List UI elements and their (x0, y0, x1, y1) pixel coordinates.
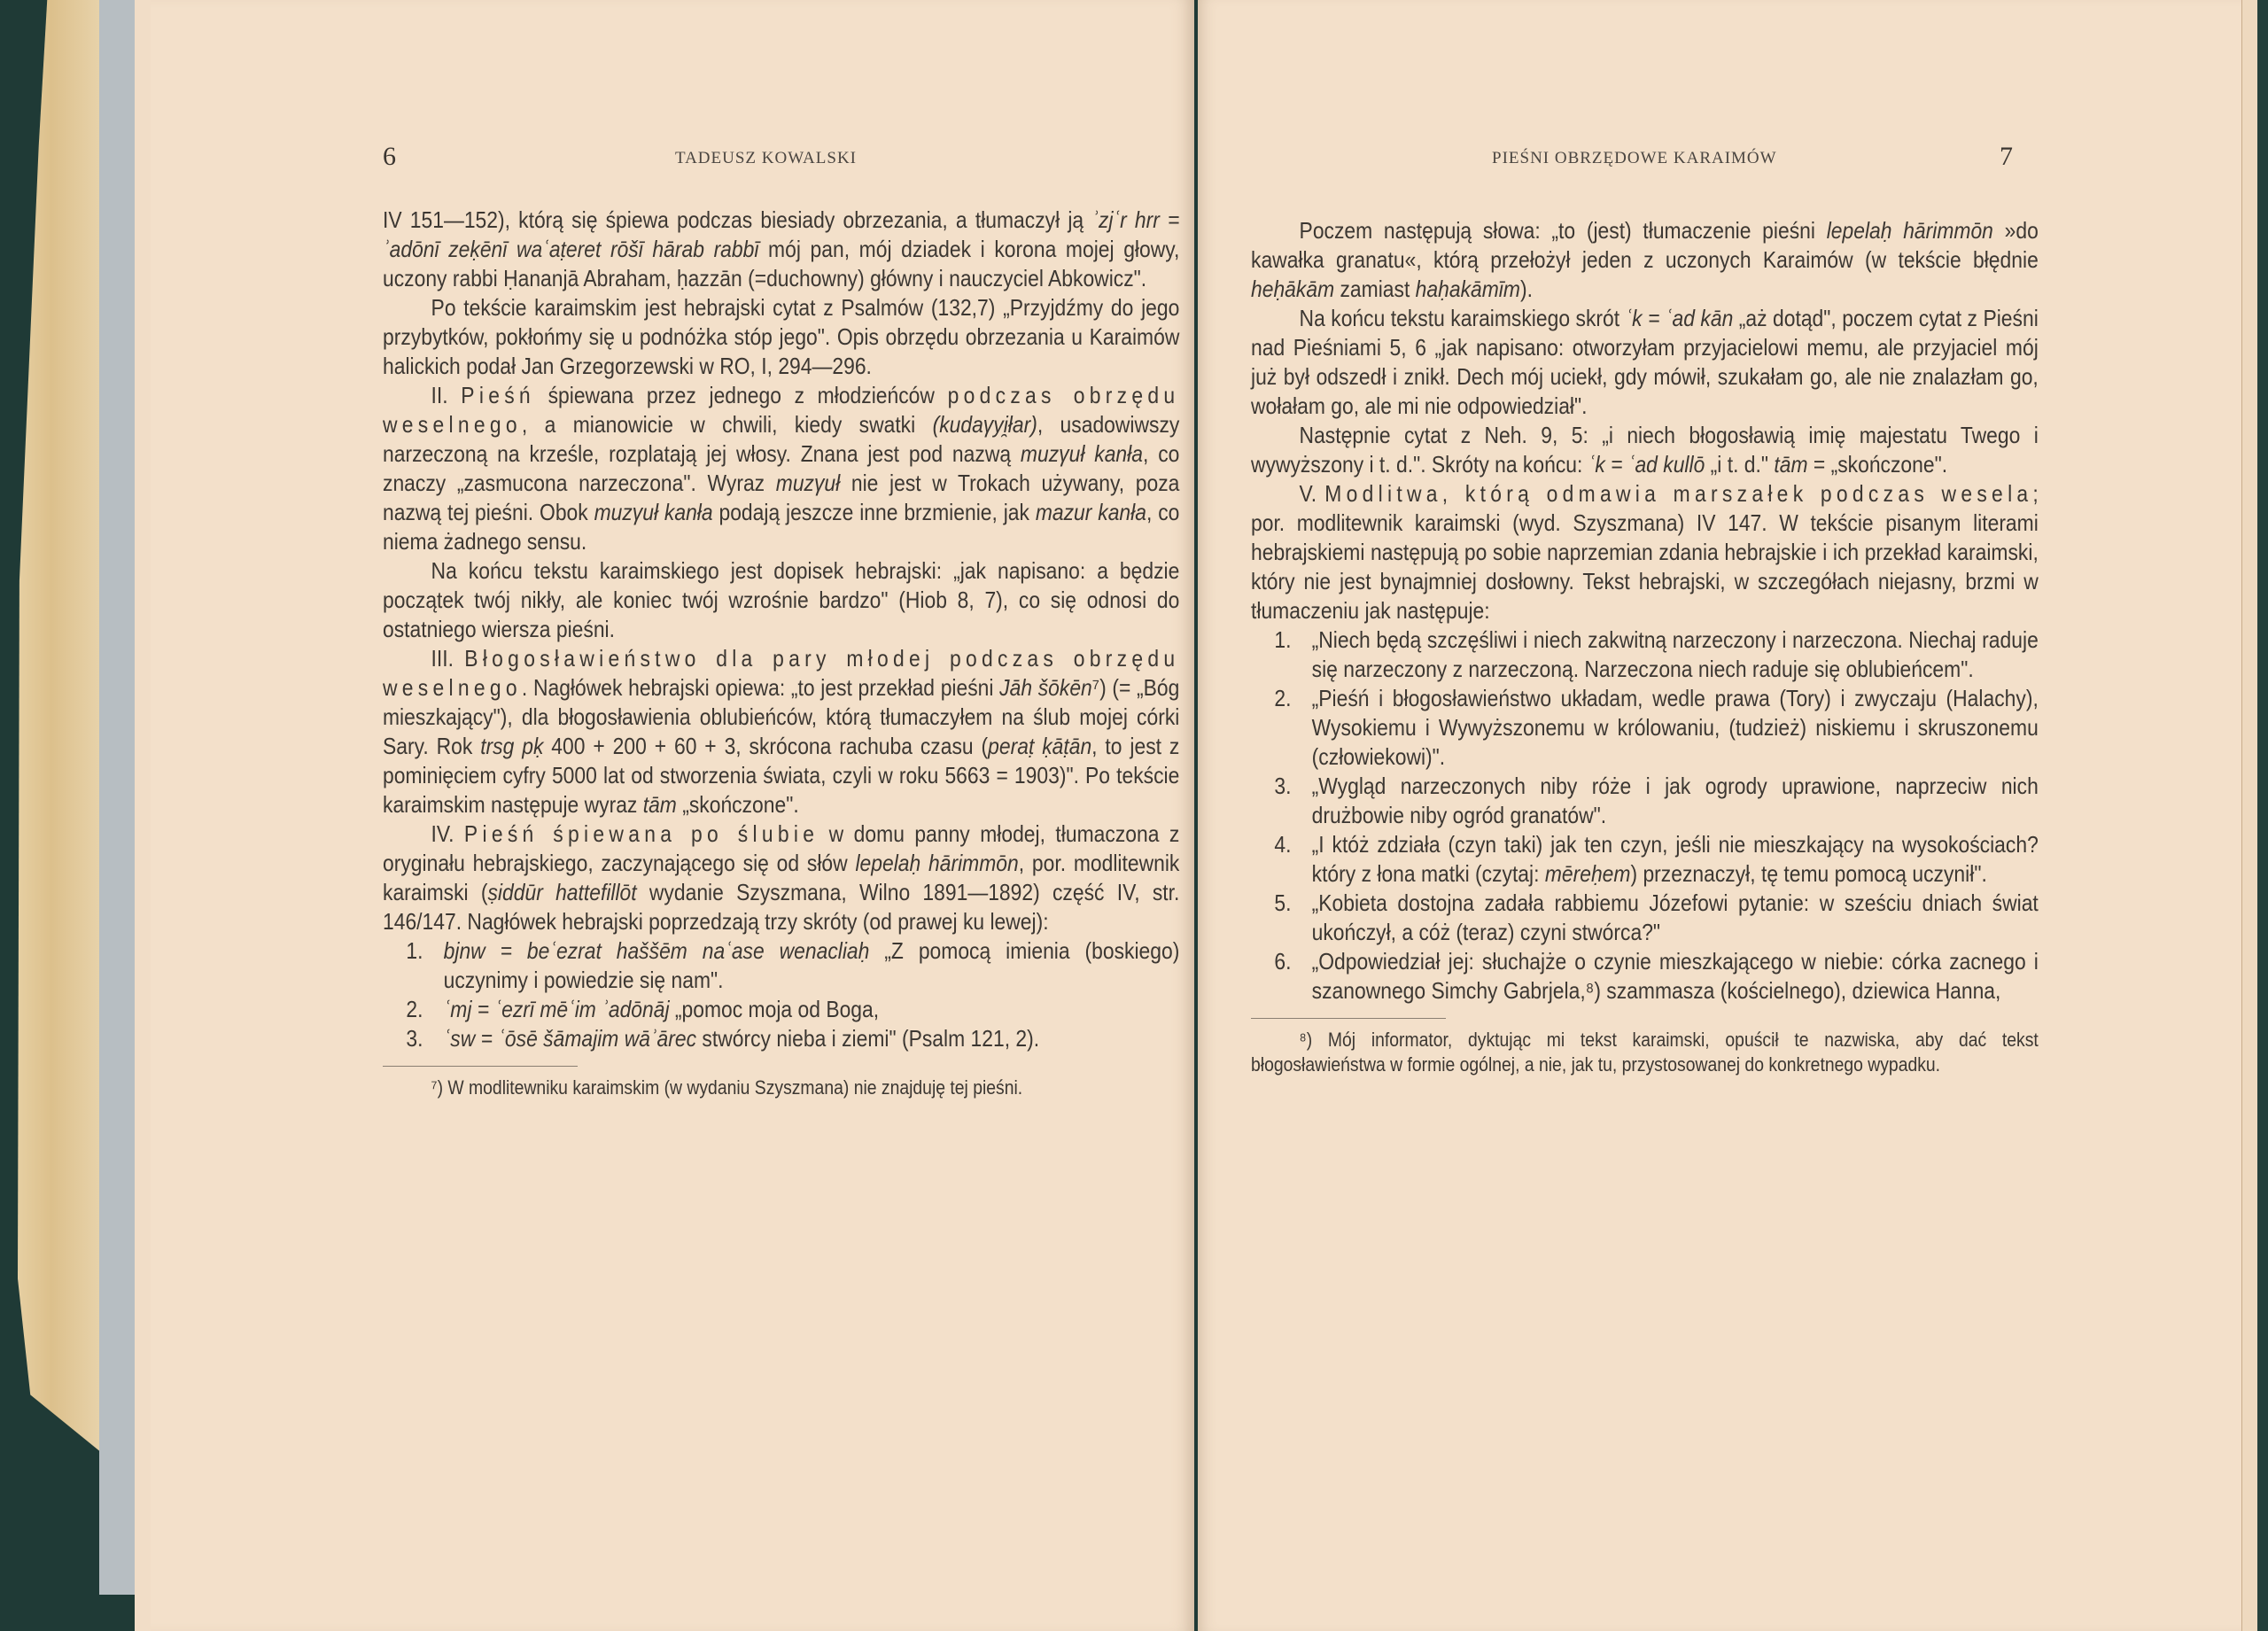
transliteration: bjnw = beʿezrat haššēm naʿase wenacliaḥ (444, 937, 870, 964)
transliteration: muzγuł (776, 470, 840, 496)
list-number: 4. (1274, 830, 1291, 859)
spaced-heading: Pieśń śpiewana po ślubie (464, 820, 819, 847)
cover-edge (2257, 0, 2268, 1631)
list-item: 3.„Wygląd narzeczonych niby róże i jak o… (1251, 772, 2039, 830)
transliteration: ʿmj = ʿezrī mēʿim ʾadōnāj (444, 996, 670, 1022)
list-item: 1.„Niech będą szczęśliwi i niech zakwitn… (1251, 625, 2039, 684)
paragraphs: Poczem następują słowa: „to (jest) tłuma… (1251, 216, 2039, 625)
list-number: 2. (1274, 684, 1291, 713)
page-edge-right (2241, 0, 2258, 1631)
list-number: 1. (406, 936, 423, 966)
paragraph: Po tekście karaimskim jest hebrajski cyt… (383, 293, 1179, 381)
transliteration: ʿk = ʿad kullō (1588, 451, 1705, 478)
text-run: II. (431, 382, 462, 408)
text-run: V. (1300, 480, 1325, 507)
paragraphs: IV 151—152), którą się śpiewa podczas bi… (383, 206, 1179, 936)
text-run: ). (1520, 276, 1533, 302)
list-item: 3.ʿsw = ʿōsē šāmajim wāʾārec stwórcy nie… (383, 1024, 1179, 1053)
prayer-list: 1.„Niech będą szczęśliwi i niech zakwitn… (1251, 625, 2039, 1006)
transliteration: tām (1774, 451, 1807, 478)
list-item: 1.bjnw = beʿezrat haššēm naʿase wenaclia… (383, 936, 1179, 995)
text-run: stwórcy nieba i ziemi" (Psalm 121, 2). (696, 1025, 1039, 1052)
footnote-text: ⁸) Mój informator, dyktując mi tekst kar… (1251, 1028, 2039, 1077)
paragraph: II. Pieśń śpiewana przez jednego z młodz… (383, 381, 1179, 556)
footnote: ⁷) W modlitewniku karaimskim (w wydaniu … (383, 1076, 1179, 1100)
list-item: 2.ʿmj = ʿezrī mēʿim ʾadōnāj „pomoc moja … (383, 995, 1179, 1024)
text-run: „Kobieta dostojna zadała rabbiemu Józefo… (1312, 889, 2039, 945)
transliteration: mēreḥem (1545, 860, 1631, 887)
text-run: „skończone". (677, 791, 799, 818)
transliteration: ʿsw = ʿōsē šāmajim wāʾārec (444, 1025, 696, 1052)
paragraph: V. Modlitwa, którą odmawia marszałek pod… (1251, 479, 2039, 625)
paragraph: Poczem następują słowa: „to (jest) tłuma… (1251, 216, 2039, 304)
text-run: śpiewana przez jednego z młodzieńców (535, 382, 948, 408)
list-item: 6.„Odpowiedział jej: słuchajże o czynie … (1251, 947, 2039, 1006)
body-text: Poczem następują słowa: „to (jest) tłuma… (1251, 216, 2039, 1077)
list-item: 4.„I któż zdziała (czyn taki) jak ten cz… (1251, 830, 2039, 889)
list-number: 3. (406, 1024, 423, 1053)
transliteration: ṣiddūr hattefillōt (487, 879, 636, 905)
list-number: 6. (1274, 947, 1291, 976)
abbreviation-list: 1.bjnw = beʿezrat haššēm naʿase wenaclia… (383, 936, 1179, 1053)
list-number: 1. (1274, 625, 1291, 655)
left-page: 6 TADEUSZ KOWALSKI IV 151—152), którą si… (151, 0, 1194, 1631)
text-run: . Nagłówek hebrajski opiewa: „to jest pr… (522, 674, 999, 701)
text-run: „pomoc moja od Boga, (670, 996, 880, 1022)
text-run: Po tekście karaimskim jest hebrajski cyt… (383, 294, 1179, 379)
footnote-text: ⁷) W modlitewniku karaimskim (w wydaniu … (383, 1076, 1179, 1100)
text-run: „Pieśń i błogosławieństwo układam, wedle… (1312, 685, 2039, 770)
paragraph: IV 151—152), którą się śpiewa podczas bi… (383, 206, 1179, 293)
page-number: 6 (383, 142, 396, 172)
text-run: podają jeszcze inne brzmienie, jak (713, 499, 1036, 525)
transliteration: ʿk = ʿad kān (1626, 305, 1734, 331)
text-run: , a mianowicie w chwili, kiedy swatki (522, 411, 933, 438)
text-run: 400 + 200 + 60 + 3, skrócona rachuba cza… (543, 733, 988, 759)
text-run: III. (431, 645, 465, 672)
list-number: 2. (406, 995, 423, 1024)
footnote-rule (383, 1066, 578, 1067)
list-item: 5.„Kobieta dostojna zadała rabbiemu Józe… (1251, 889, 2039, 947)
paragraph: III. Błogosławieństwo dla pary młodej po… (383, 644, 1179, 819)
transliteration: muzγuł kanła (594, 499, 713, 525)
spaced-heading: Modlitwa, którą odmawia marszałek podcza… (1324, 480, 2032, 507)
text-run: ) przeznaczył, tę temu pomocą uczynił". (1630, 860, 1986, 887)
transliteration: (kudaγyi̯łar) (933, 411, 1037, 438)
paragraph: Na końcu tekstu karaimskiego skrót ʿk = … (1251, 304, 2039, 421)
transliteration: heḥākām (1251, 276, 1334, 302)
transliteration: Jāh šōkēn (999, 674, 1092, 701)
transliteration: peraṭ ḳāṭān (988, 733, 1091, 759)
text-run: IV 151—152), którą się śpiewa podczas bi… (383, 206, 1091, 233)
transliteration: trsg pḳ (480, 733, 543, 759)
transliteration: mazur kanła (1036, 499, 1146, 525)
text-run: zamiast (1334, 276, 1416, 302)
text-run: „Wygląd narzeczonych niby róże i jak ogr… (1312, 773, 2039, 828)
footnote-rule (1251, 1018, 1446, 1019)
body-text: IV 151—152), którą się śpiewa podczas bi… (383, 206, 1179, 1100)
transliteration: lepelaḥ hārimmōn (1827, 217, 1993, 244)
text-run: „i t. d." (1705, 451, 1774, 478)
binding-tape (18, 0, 102, 1453)
transliteration: tām (643, 791, 677, 818)
paragraph: IV. Pieśń śpiewana po ślubie w domu pann… (383, 819, 1179, 936)
list-item: 2.„Pieśń i błogosławieństwo układam, wed… (1251, 684, 2039, 772)
paragraph: Następnie cytat z Neh. 9, 5: „i niech bł… (1251, 421, 2039, 479)
text-run: = „skończone". (1808, 451, 1948, 478)
page-number: 7 (2000, 142, 2013, 172)
text-run: Na końcu tekstu karaimskiego jest dopise… (383, 557, 1179, 642)
transliteration: haḥakāmīm (1416, 276, 1520, 302)
text-run: „Niech będą szczęśliwi i niech zakwitną … (1312, 626, 2039, 682)
text-run: Na końcu tekstu karaimskiego skrót (1300, 305, 1626, 331)
paragraph: Na końcu tekstu karaimskiego jest dopise… (383, 556, 1179, 644)
text-run: IV. (431, 820, 464, 847)
text-run: „Odpowiedział jej: słuchajże o czynie mi… (1312, 948, 2039, 1004)
transliteration: lepelaḥ hārimmōn (855, 850, 1018, 876)
running-head: PIEŚNI OBRZĘDOWE KARAIMÓW (1492, 149, 1777, 184)
right-page: PIEŚNI OBRZĘDOWE KARAIMÓW 7 Poczem nastę… (1198, 0, 2241, 1631)
transliteration: muzγuł kanła (1021, 440, 1143, 467)
text-run: Poczem następują słowa: „to (jest) tłuma… (1300, 217, 1827, 244)
running-head: TADEUSZ KOWALSKI (675, 149, 857, 184)
list-number: 3. (1274, 772, 1291, 801)
spaced-heading: Pieśń (461, 382, 535, 408)
footnote: ⁸) Mój informator, dyktując mi tekst kar… (1251, 1028, 2039, 1077)
list-number: 5. (1274, 889, 1291, 918)
